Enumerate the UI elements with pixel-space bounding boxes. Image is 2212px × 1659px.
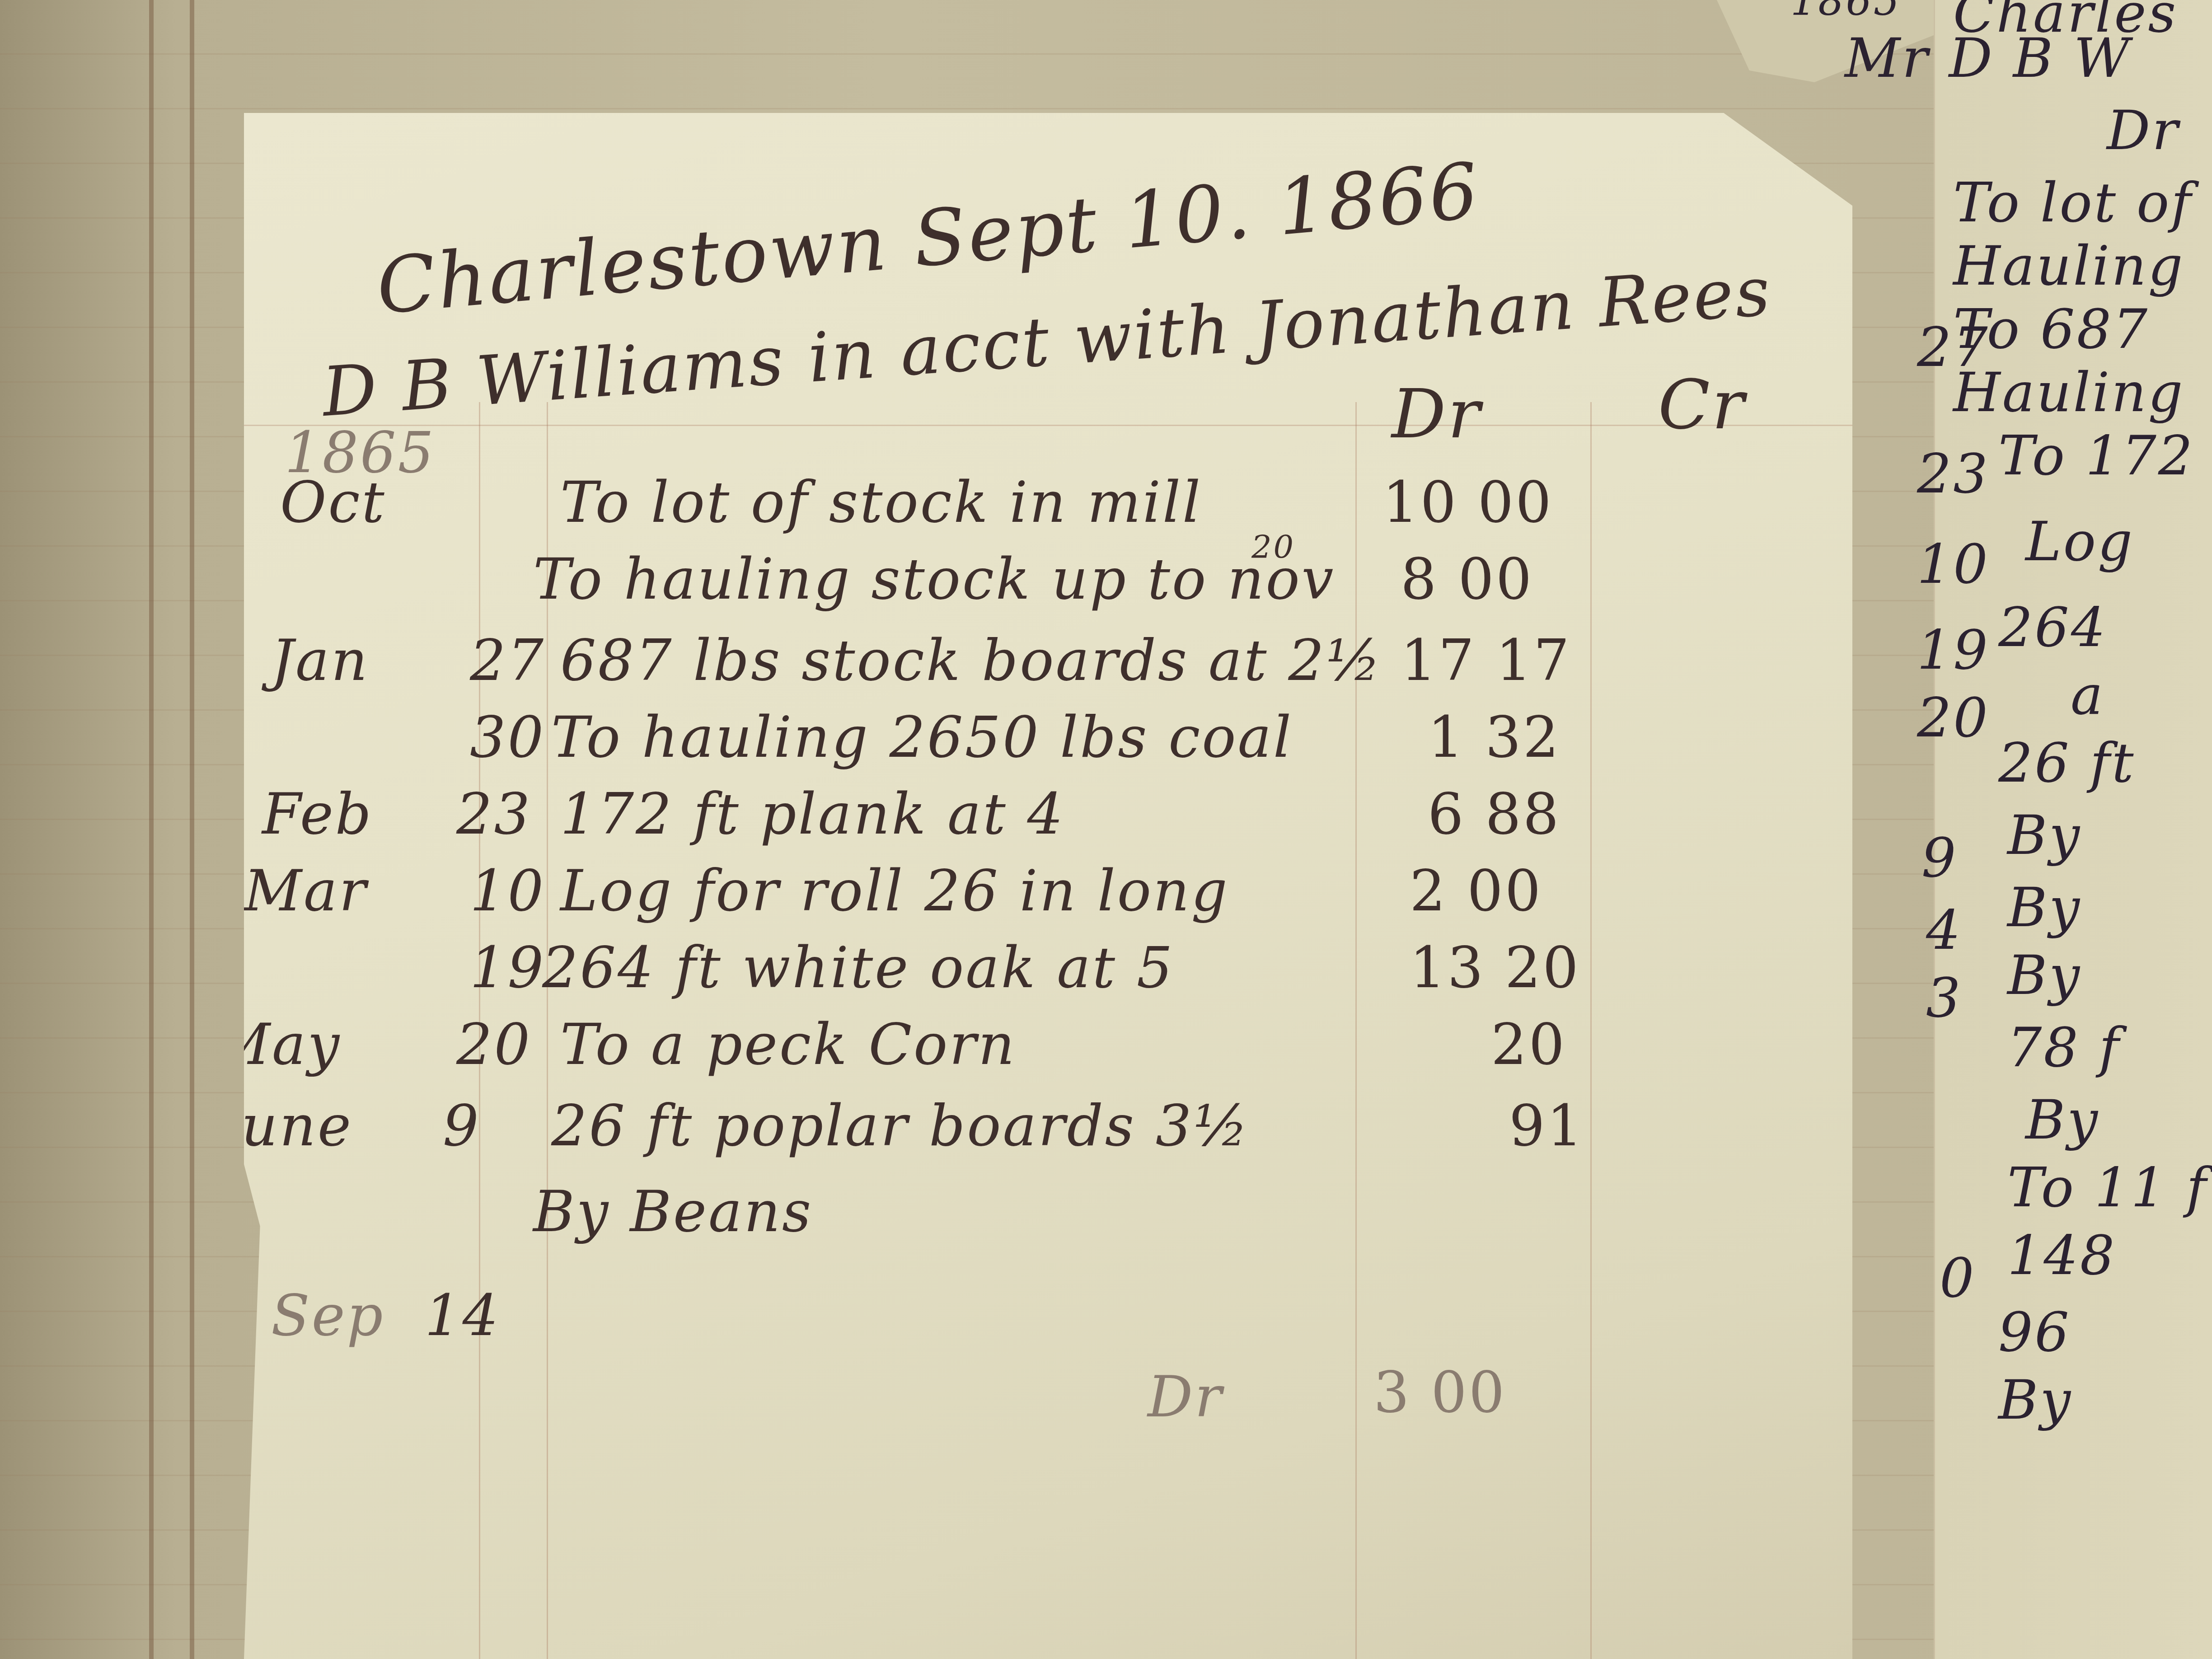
debit-column-rule	[1355, 402, 1357, 1659]
entry-amount: 1 32	[1428, 705, 1561, 770]
entry-description: Log for roll 26 in long	[560, 858, 1229, 924]
adjacent-line: By	[2007, 944, 2081, 1007]
adjacent-line-day: 4	[1926, 899, 1962, 962]
credit-column-header: Cr	[1658, 366, 1746, 445]
entry-day: 10	[470, 858, 545, 924]
entry-amount: 10 00	[1382, 470, 1553, 535]
entry-day: 20	[456, 1012, 532, 1078]
adjacent-line: To 11 f	[2007, 1157, 2208, 1219]
entry-amount: 17 17	[1401, 628, 1571, 694]
adjacent-line-day: 20	[1917, 687, 1990, 750]
entry-day: 27	[470, 628, 545, 694]
entry-month: Jan	[271, 628, 369, 694]
adjacent-header-year: 1865	[1790, 0, 1901, 25]
entry-day: 9	[443, 1093, 481, 1159]
account-sheet: Charlestown Sept 10. 1866 D B Williams i…	[244, 113, 1852, 1659]
entry-amount: 6 88	[1428, 782, 1561, 847]
adjacent-line: 96	[1998, 1301, 2071, 1364]
entry-description: 172 ft plank at 4	[560, 782, 1065, 847]
adjacent-line-day: 9	[1921, 827, 1958, 890]
entry-description: 264 ft white oak at 5	[542, 935, 1174, 1001]
adjacent-line: 78 f	[2007, 1017, 2121, 1079]
footer-label: Dr	[1148, 1364, 1223, 1430]
adjacent-line: 148	[2007, 1224, 2116, 1287]
book-page-edge	[149, 0, 154, 1659]
entry-description: To hauling stock up to nov	[533, 547, 1335, 612]
adjacent-line: To lot of	[1953, 172, 2193, 234]
entry-day: 23	[456, 782, 532, 847]
entry-description: To lot of stock in mill	[560, 470, 1202, 535]
adjacent-line: 264	[1998, 596, 2107, 659]
entry-description: By Beans	[533, 1179, 813, 1245]
adjacent-line: By	[2025, 1089, 2100, 1152]
adjacent-line: Hauling	[1953, 361, 2184, 424]
entry-amount: 2 00	[1410, 858, 1542, 924]
entry-day: 19	[470, 935, 545, 1001]
adjacent-line: By	[1998, 1369, 2072, 1432]
header-rule	[244, 425, 1852, 426]
footer-amount: 3 00	[1373, 1360, 1506, 1425]
adjacent-col-label: Dr	[2107, 99, 2180, 162]
debit-column-header: Dr	[1392, 375, 1482, 454]
adjacent-line-day: 0	[1940, 1247, 1976, 1310]
adjacent-header-name: Mr D B W	[1845, 27, 2131, 90]
adjacent-line: Hauling	[1953, 235, 2184, 298]
entry-description: 687 lbs stock boards at 2½	[560, 628, 1382, 694]
adjacent-line-day: 10	[1917, 533, 1990, 596]
entry-month: Mar	[244, 858, 368, 924]
entry-amount: 13 20	[1410, 935, 1580, 1001]
adjacent-ledger-page: 1865 Charles Mr D B W Dr To lot of Hauli…	[1934, 0, 2212, 1659]
entry-superscript-note: 20	[1251, 529, 1295, 566]
adjacent-line: Log	[2025, 511, 2134, 573]
entry-description: 26 ft poplar boards 3½	[551, 1093, 1250, 1159]
entry-month: Oct	[280, 470, 386, 535]
adjacent-line: To 172	[1998, 425, 2194, 487]
footer-day: 14	[425, 1283, 500, 1349]
entry-month: Feb	[262, 782, 373, 847]
entry-amount: 91	[1509, 1093, 1584, 1159]
credit-column-rule	[1590, 402, 1592, 1659]
entry-amount: 8 00	[1401, 547, 1533, 612]
adjacent-line-day: 23	[1917, 443, 1990, 506]
adjacent-line: By	[2007, 804, 2081, 867]
adjacent-line: a	[2071, 664, 2105, 727]
entry-description: To a peck Corn	[560, 1012, 1017, 1078]
entry-amount: 20	[1491, 1012, 1566, 1078]
adjacent-line-day: 3	[1926, 967, 1962, 1030]
book-page-edge	[190, 0, 194, 1659]
entry-day: 30	[470, 705, 545, 770]
adjacent-line: By	[2007, 876, 2081, 939]
entry-description: To hauling 2650 lbs coal	[551, 705, 1293, 770]
adjacent-line-day: 19	[1917, 619, 1990, 682]
adjacent-line: To 687	[1953, 298, 2149, 361]
adjacent-line: 26 ft	[1998, 732, 2135, 795]
footer-month: Sep	[271, 1283, 385, 1349]
